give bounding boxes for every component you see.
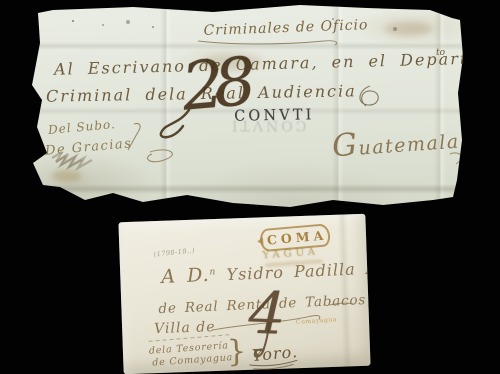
sender-line-2: De Gracias <box>45 136 133 159</box>
foxing-stain <box>52 170 82 182</box>
postmark-ornament <box>257 237 264 245</box>
destination-yoro: Yoro. <box>251 342 298 365</box>
manuscript-rate-mark: 4 <box>248 279 287 348</box>
envelope-crease <box>337 214 352 366</box>
corner-ink-mark: 1 <box>444 5 453 17</box>
address-salutation: A D. <box>161 264 210 288</box>
address-line-1-superscript: to <box>436 48 445 58</box>
fold-crease-horizontal <box>32 184 468 194</box>
cover-top-letter: Criminales de Oficio Al Escrivano de Cam… <box>32 4 468 212</box>
yoro-underline <box>254 364 294 369</box>
sender-line-1: Del Subo. <box>48 117 117 137</box>
manuscript-brace: } <box>226 334 246 370</box>
collector-annotation: Comayagua <box>296 316 338 326</box>
cover-bottom-envelope: (1798-18..) COMA YAGUA A D.n Ysidro Padi… <box>118 214 370 374</box>
docket-note: Criminales de Oficio <box>193 17 379 39</box>
address-line-3: Villa de <box>154 319 216 337</box>
crossed-out-scribble <box>56 156 82 168</box>
fold-crease-horizontal <box>32 42 468 50</box>
ink-specks <box>72 20 74 22</box>
postmark-ghost-impression: CONVTI <box>229 117 306 133</box>
foxing-stain <box>384 22 432 36</box>
pencil-date-note: (1798-18..) <box>153 246 195 258</box>
postmark-text-line-1: COMA <box>262 227 327 248</box>
rubric-paraph <box>360 86 378 106</box>
photo-background: Criminales de Oficio Al Escrivano de Cam… <box>0 0 500 374</box>
address-line-1: Al Escrivano de Camara, en el Departam <box>54 48 497 79</box>
